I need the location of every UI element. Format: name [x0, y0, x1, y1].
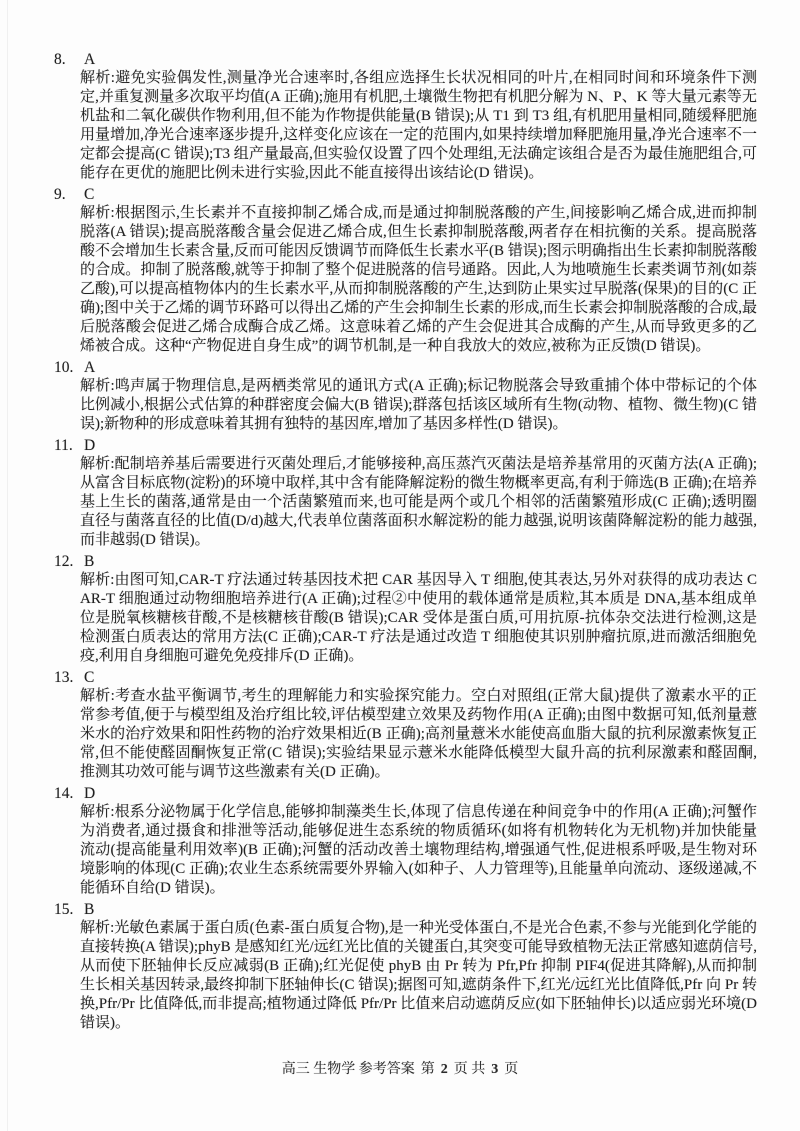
question-item-9: 9.C 解析:根据图示,生长素并不直接抑制乙烯合成,而是通过抑制脱落酸的产生,间… — [54, 185, 757, 356]
answer-letter: A — [84, 358, 95, 377]
question-number: 12. — [54, 552, 84, 571]
scan-edge-artifact — [7, 0, 8, 1131]
analysis-text: 解析:根系分泌物属于化学信息,能够抑制藻类生长,体现了信息传递在种间竞争中的作用… — [80, 803, 757, 898]
question-number: 13. — [54, 668, 84, 687]
answer-letter: D — [84, 436, 95, 455]
answer-letter: C — [84, 185, 94, 204]
analysis-text: 解析:鸣声属于物理信息,是两栖类常见的通讯方式(A 正确);标记物脱落会导致重捕… — [80, 377, 757, 434]
question-number: 9. — [54, 185, 84, 204]
answer-line: 13.C — [54, 668, 757, 687]
page-footer: 高三 生物学 参考答案第2页 共3页 — [0, 1058, 800, 1078]
question-item-8: 8.A 解析:避免实验偶发性,测量净光合速率时,各组应选择生长状况相同的叶片,在… — [54, 50, 757, 183]
answer-letter: B — [84, 900, 94, 919]
answers-content: 8.A 解析:避免实验偶发性,测量净光合速率时,各组应选择生长状况相同的叶片,在… — [54, 50, 757, 1035]
analysis-text: 解析:根据图示,生长素并不直接抑制乙烯合成,而是通过抑制脱落酸的产生,间接影响乙… — [80, 204, 757, 356]
answer-line: 9.C — [54, 185, 757, 204]
answer-line: 8.A — [54, 50, 757, 69]
analysis-text: 解析:避免实验偶发性,测量净光合速率时,各组应选择生长状况相同的叶片,在相同时间… — [80, 69, 757, 183]
footer-end-word: 页 — [504, 1062, 518, 1077]
question-item-13: 13.C 解析:考查水盐平衡调节,考生的理解能力和实验探究能力。空白对照组(正常… — [54, 668, 757, 782]
answer-key-page: 8.A 解析:避免实验偶发性,测量净光合速率时,各组应选择生长状况相同的叶片,在… — [0, 0, 800, 1131]
question-number: 14. — [54, 784, 84, 803]
answer-line: 14.D — [54, 784, 757, 803]
answer-line: 11.D — [54, 436, 757, 455]
question-item-10: 10.A 解析:鸣声属于物理信息,是两栖类常见的通讯方式(A 正确);标记物脱落… — [54, 358, 757, 434]
answer-letter: C — [84, 668, 94, 687]
question-item-11: 11.D 解析:配制培养基后需要进行灭菌处理后,才能够接种,高压蒸汽灭菌法是培养… — [54, 436, 757, 550]
answer-line: 12.B — [54, 552, 757, 571]
question-item-15: 15.B 解析:光敏色素属于蛋白质(色素-蛋白质复合物),是一种光受体蛋白,不是… — [54, 900, 757, 1033]
analysis-text: 解析:由图可知,CAR-T 疗法通过转基因技术把 CAR 基因导入 T 细胞,使… — [80, 571, 757, 666]
footer-page-word: 第 — [421, 1062, 435, 1077]
question-number: 8. — [54, 50, 84, 69]
analysis-text: 解析:光敏色素属于蛋白质(色素-蛋白质复合物),是一种光受体蛋白,不是光合色素,… — [80, 919, 757, 1033]
footer-page-number: 2 — [441, 1062, 448, 1077]
answer-letter: B — [84, 552, 94, 571]
question-number: 10. — [54, 358, 84, 377]
analysis-text: 解析:考查水盐平衡调节,考生的理解能力和实验探究能力。空白对照组(正常大鼠)提供… — [80, 687, 757, 782]
footer-title: 高三 生物学 参考答案 — [282, 1062, 415, 1077]
answer-line: 10.A — [54, 358, 757, 377]
question-item-14: 14.D 解析:根系分泌物属于化学信息,能够抑制藻类生长,体现了信息传递在种间竞… — [54, 784, 757, 898]
analysis-text: 解析:配制培养基后需要进行灭菌处理后,才能够接种,高压蒸汽灭菌法是培养基常用的灭… — [80, 455, 757, 550]
answer-letter: A — [84, 50, 95, 69]
question-number: 11. — [54, 436, 84, 455]
footer-of-words: 页 共 — [454, 1062, 486, 1077]
question-number: 15. — [54, 900, 84, 919]
answer-letter: D — [84, 784, 95, 803]
question-item-12: 12.B 解析:由图可知,CAR-T 疗法通过转基因技术把 CAR 基因导入 T… — [54, 552, 757, 666]
footer-page-total: 3 — [491, 1062, 498, 1077]
answer-line: 15.B — [54, 900, 757, 919]
